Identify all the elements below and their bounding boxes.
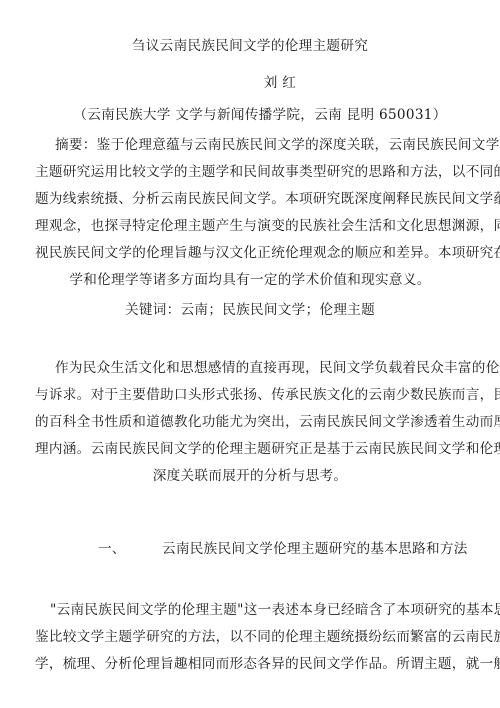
abstract-line: 题为线索统摄、分析云南民族民间文学。本项研究既深度阐释民族民间文学蕴涵的伦 xyxy=(35,191,463,207)
abstract-line: 主题研究运用比较文学的主题学和民间故事类型研究的思路和方法，以不同的伦理主 xyxy=(35,164,463,180)
paragraph-line: 学，梳理、分析伦理旨趣相同而形态各异的民间文学作品。所谓主题，就一般文学意 xyxy=(35,656,463,672)
abstract-line: 摘要：鉴于伦理意蕴与云南民族民间文学的深度关联，云南民族民间文学的伦理 xyxy=(55,137,463,153)
keywords: 关键词：云南；民族民间文学；伦理主题 xyxy=(0,302,500,318)
paragraph-line: "云南民族民间文学的伦理主题"这一表述本身已经暗含了本项研究的基本思路：借 xyxy=(50,602,463,618)
author-affiliation: （云南民族大学 文学与新闻传播学院，云南 昆明 650031） xyxy=(10,107,500,123)
abstract-line: 理观念，也探寻特定伦理主题产生与演变的民族社会生活和文化思想渊源，同时还审 xyxy=(35,218,463,234)
section-title: 云南民族民间文学伦理主题研究的基本思路和方法 xyxy=(162,541,468,557)
author-name: 刘 红 xyxy=(30,75,500,91)
section-number: 一、 xyxy=(98,541,126,557)
paragraph-line: 的百科全书性质和道德教化功能尤为突出，云南民族民间文学渗透着生动而厚重的伦 xyxy=(35,414,463,430)
paragraph-line: 理内涵。云南民族民间文学的伦理主题研究正是基于云南民族民间文学和伦理意蕴的 xyxy=(35,441,463,457)
abstract-line: 学和伦理学等诸多方面均具有一定的学术价值和现实意义。 xyxy=(0,272,500,288)
abstract-line: 视民族民间文学的伦理旨趣与汉文化正统伦理观念的顺应和差异。本项研究在民间文 xyxy=(35,245,463,261)
paragraph-line: 与诉求。对于主要借助口头形式张扬、传承民族文化的云南少数民族而言，民间文学 xyxy=(35,387,463,403)
document-title: 刍议云南民族民间文学的伦理主题研究 xyxy=(0,38,500,54)
paragraph-line: 深度关联而展开的分析与思考。 xyxy=(0,468,500,484)
paragraph-line: 作为民众生活文化和思想感情的直接再现，民间文学负载着民众丰富的伦理观念 xyxy=(55,360,463,376)
paragraph-line: 鉴比较文学主题学研究的方法，以不同的伦理主题统摄纷纭而繁富的云南民族民间文 xyxy=(35,629,463,645)
